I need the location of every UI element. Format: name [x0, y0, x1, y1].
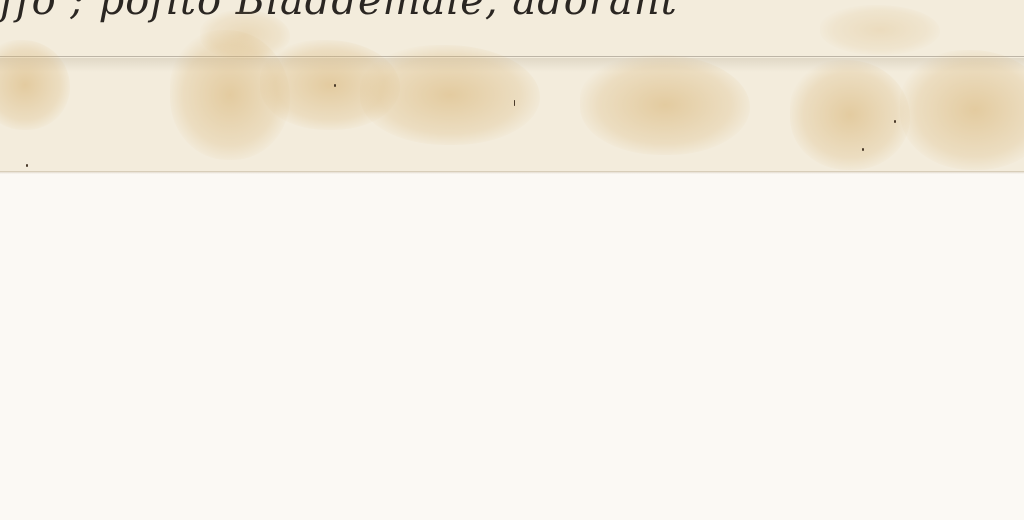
ink-speck: [334, 84, 336, 87]
foxing-stain: [200, 10, 290, 60]
aged-paper-strip: ſſo ; poſito Bladdemale, adorant: [0, 0, 1024, 172]
foxing-stain: [900, 50, 1024, 170]
foxing-stain: [790, 60, 910, 170]
ink-speck: [514, 100, 515, 106]
foxing-stain: [580, 55, 750, 155]
foxing-stain: [360, 45, 540, 145]
ink-speck: [26, 164, 28, 167]
latin-caption: ſſo ; poſito Bladdemale, adorant: [0, 0, 678, 24]
foxing-stain: [0, 40, 70, 130]
ink-speck: [862, 148, 864, 151]
plate-mark-line: [0, 56, 1024, 57]
ink-speck: [894, 120, 896, 123]
foxing-stain: [820, 5, 940, 55]
blank-background: [0, 174, 1024, 520]
